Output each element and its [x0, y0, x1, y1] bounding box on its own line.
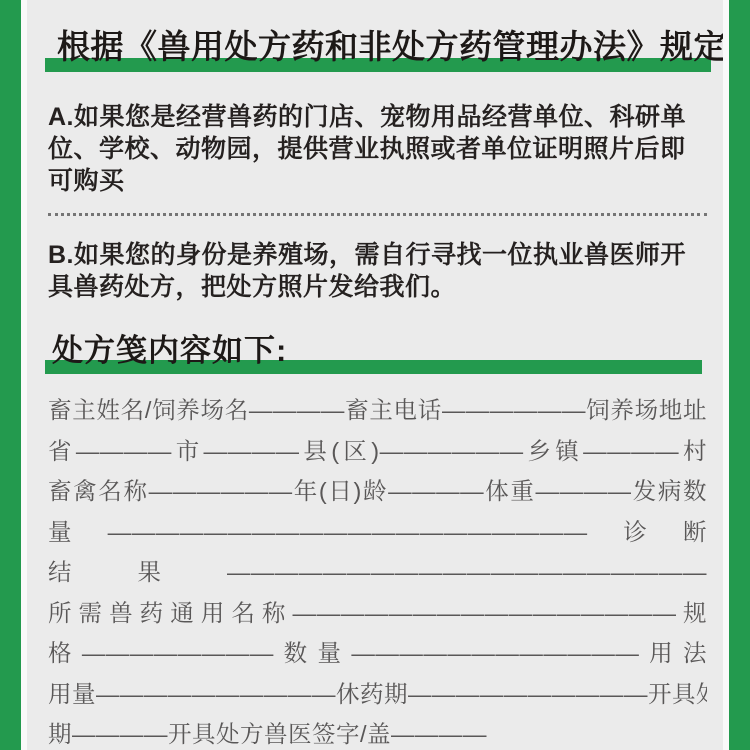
prescription-line: 量————————————————————诊断 — [48, 512, 707, 553]
prescription-line: 结果———————————————————— — [48, 552, 707, 593]
prescription-form: 畜主姓名/饲养场名————畜主电话——————饲养场地址 省————市————县… — [48, 390, 707, 750]
right-green-border — [723, 0, 750, 750]
paragraph-a: A.如果您是经营兽药的门店、宠物用品经营单位、科研单位、学校、动物园，提供营业执… — [48, 101, 707, 197]
page-title-text: 根据《兽用处方药和非处方药管理办法》规定 — [48, 28, 727, 66]
prescription-line: 所需兽药通用名称————————————————规 — [48, 593, 707, 634]
prescription-line: 畜主姓名/饲养场名————畜主电话——————饲养场地址 — [48, 390, 707, 431]
prescription-line: 用量——————————休药期——————————开具处方日 — [48, 674, 707, 715]
prescription-line: 期————开具处方兽医签字/盖———— — [48, 714, 707, 750]
dotted-divider — [48, 213, 707, 216]
left-green-border — [0, 0, 27, 750]
prescription-line: 畜禽名称——————年(日)龄————体重————发病数 — [48, 471, 707, 512]
page-title: 根据《兽用处方药和非处方药管理办法》规定 — [48, 28, 707, 66]
prescription-line: 省————市————县(区)——————乡镇————村 — [48, 431, 707, 472]
prescription-line: 格————————数量————————————用法 — [48, 633, 707, 674]
content-area: 根据《兽用处方药和非处方药管理办法》规定 A.如果您是经营兽药的门店、宠物用品经… — [27, 0, 721, 750]
paragraph-b: B.如果您的身份是养殖场，需自行寻找一位执业兽医师开具兽药处方，把处方照片发给我… — [48, 239, 707, 303]
section-title: 处方笺内容如下: — [48, 333, 707, 369]
section-title-text: 处方笺内容如下: — [48, 333, 287, 369]
